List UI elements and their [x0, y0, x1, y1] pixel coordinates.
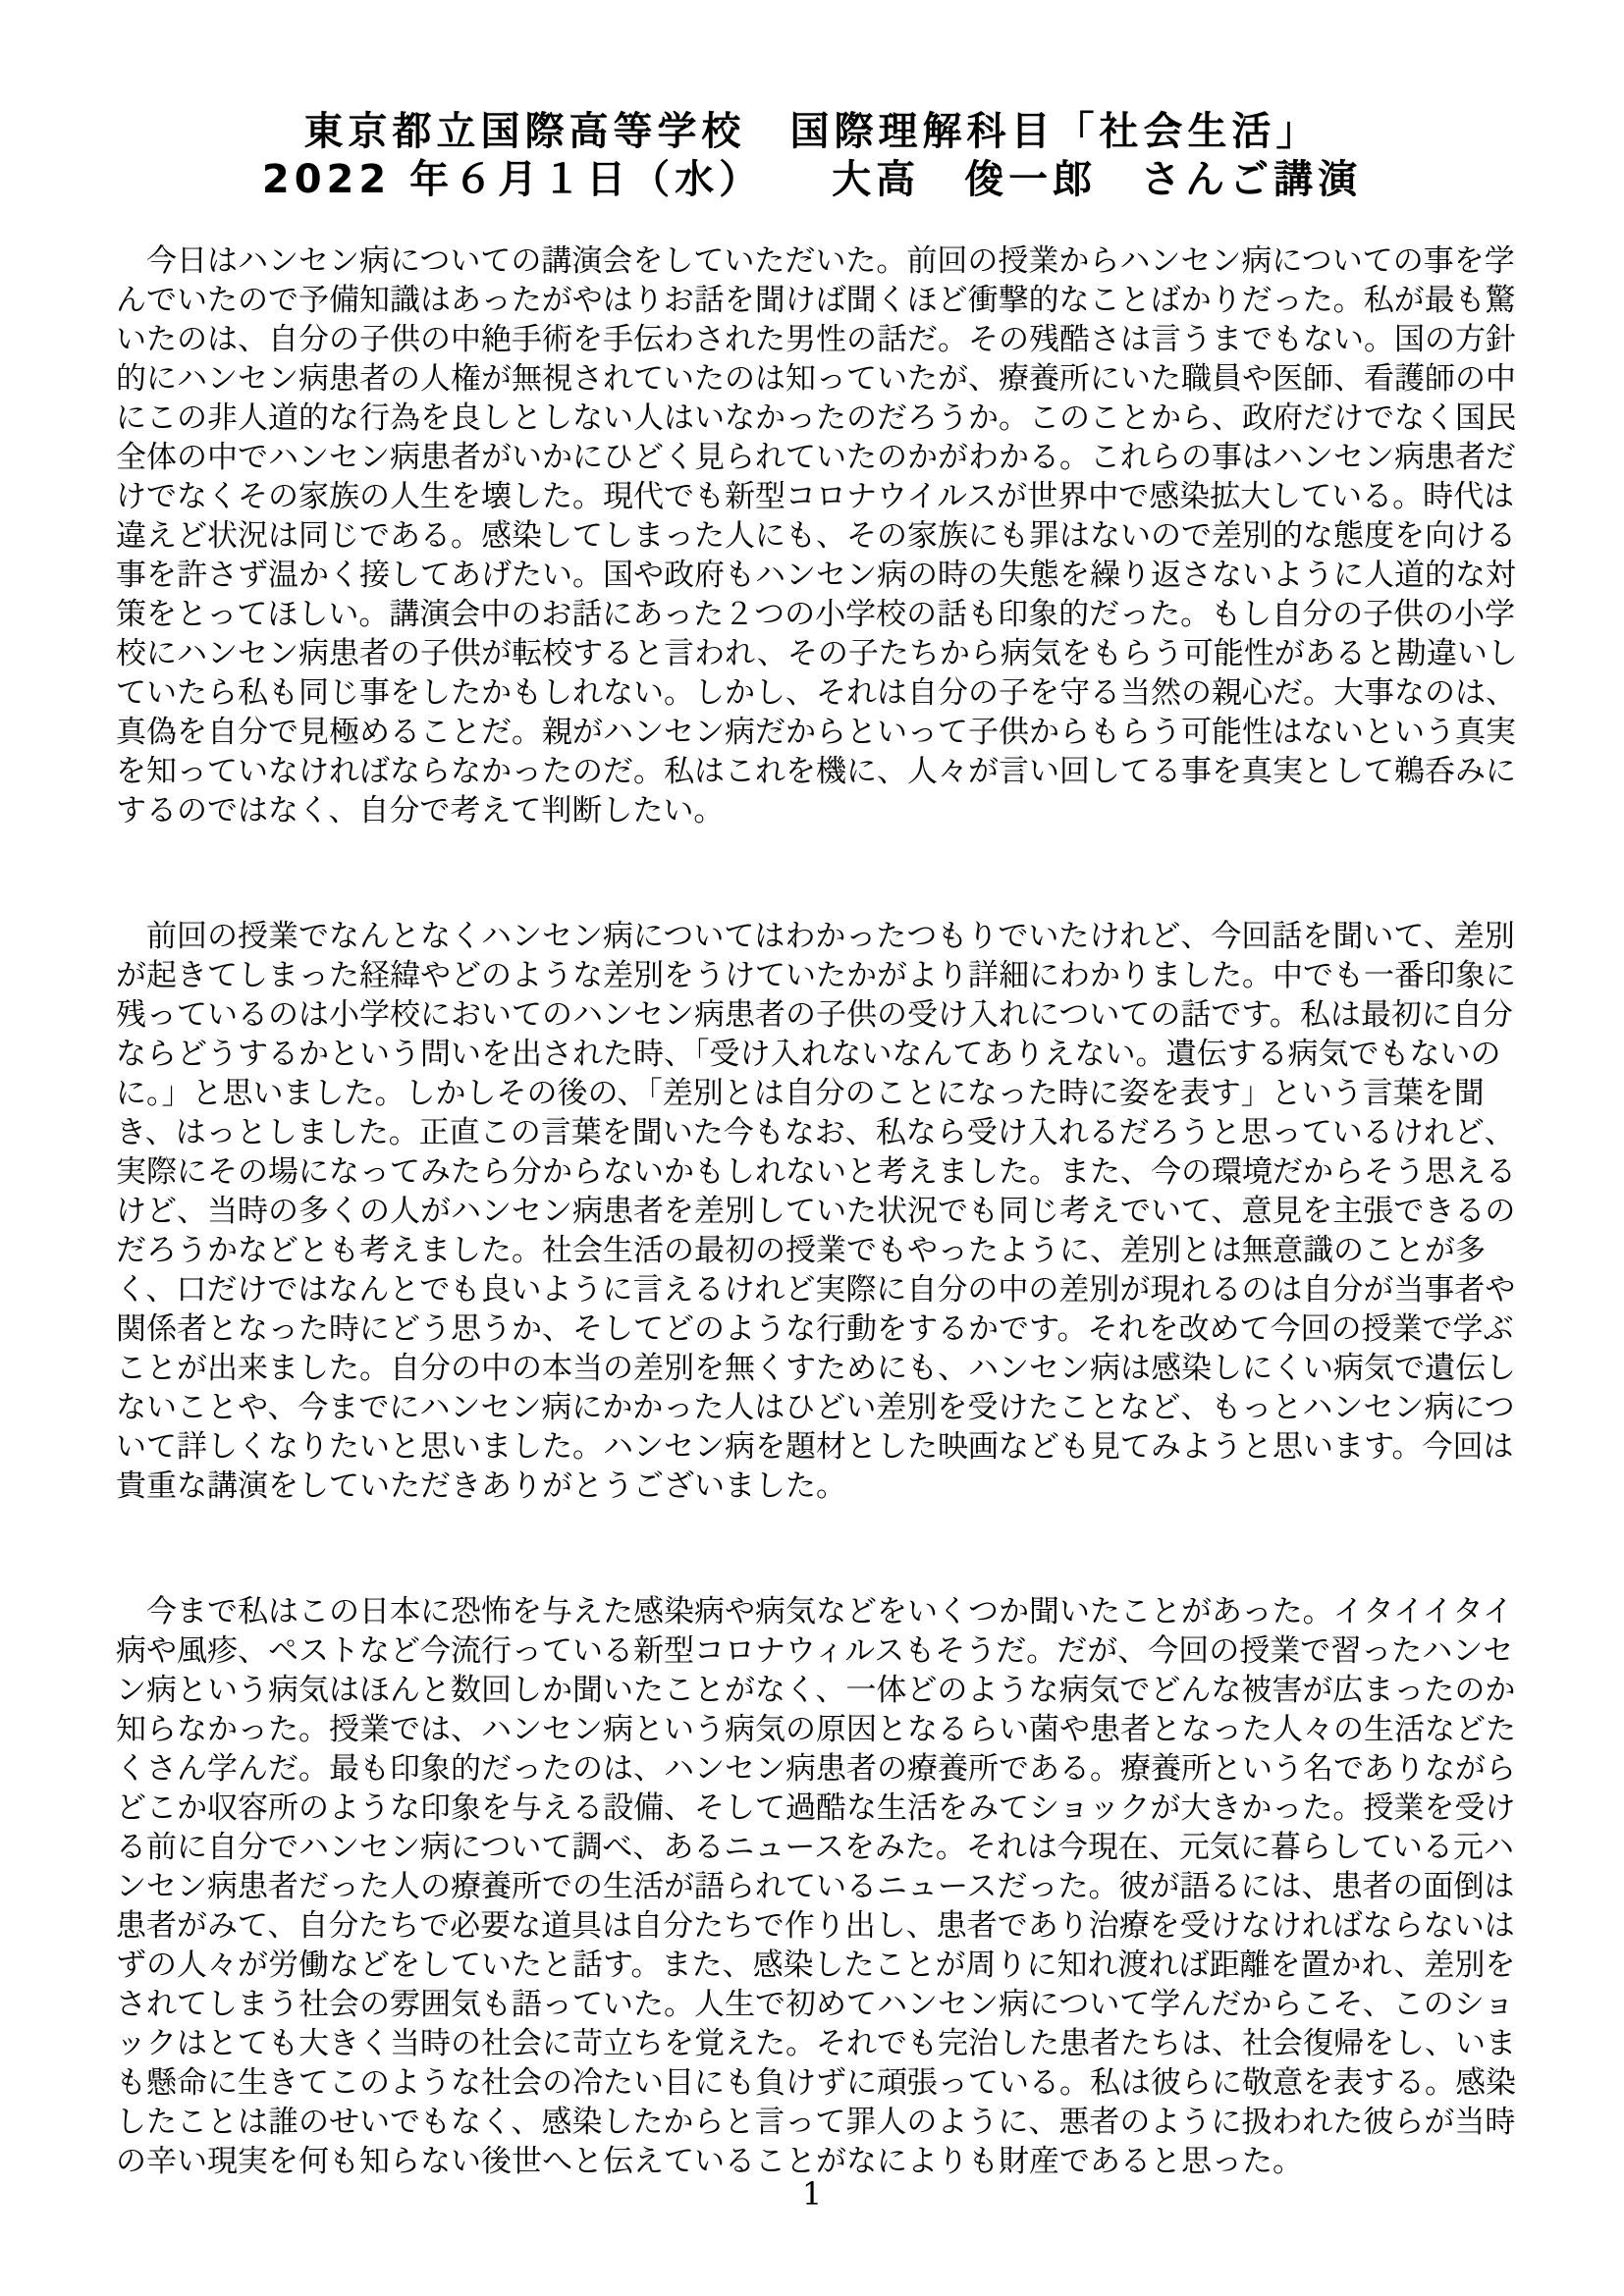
body-text-line: んでいたので予備知識はあったがやはりお話を聞けば聞くほど衝撃的なことばかりだった…	[116, 281, 1520, 320]
body-text-line: したことは誰のせいでもなく、感染したからと言って罪人のように、悪者のように扱われ…	[116, 2103, 1520, 2142]
body-text-line: 残っているのは小学校においてのハンセン病患者の子供の受け入れについての話です。私…	[116, 995, 1520, 1035]
body-text-line: だろうかなどとも考えました。社会生活の最初の授業でもやったように、差別とは無意識…	[116, 1231, 1520, 1270]
body-text-line: を知っていなければならなかったのだ。私はこれを機に、人々が言い回してる事を真実と…	[116, 752, 1520, 791]
body-text-line: が起きてしまった経緯やどのような差別をうけていたかがより詳細にわかりました。中で…	[116, 956, 1520, 995]
body-text-line: いて詳しくなりたいと思いました。ハンセン病を題材とした映画なども見てみようと思い…	[116, 1427, 1520, 1467]
body-text-line: 前回の授業でなんとなくハンセン病についてはわかったつもりでいたけれど、今回話を聞…	[116, 917, 1520, 956]
body-text-line: にこの非人道的な行為を良しとしない人はいなかったのだろうか。このことから、政府だ…	[116, 399, 1520, 438]
body-text-line: く、口だけではなんとでも良いように言えるけれど実際に自分の中の差別が現れるのは自…	[116, 1270, 1520, 1309]
body-text-line: 校にハンセン病患者の子供が転校すると言われ、その子たちから病気をもらう可能性があ…	[116, 634, 1520, 673]
body-text-line: 的にハンセン病患者の人権が無視されていたのは知っていたが、療養所にいた職員や医師…	[116, 359, 1520, 399]
body-text-line: に。」と思いました。しかしその後の、「差別とは自分のことになった時に姿を表す」と…	[116, 1074, 1520, 1113]
body-text-line: 違えど状況は同じである。感染してしまった人にも、その家族にも罪はないので差別的な…	[116, 516, 1520, 556]
body-text-line: けど、当時の多くの人がハンセン病患者を差別していた状況でも同じ考えでいて、意見を…	[116, 1192, 1520, 1231]
body-text-line: ていたら私も同じ事をしたかもしれない。しかし、それは自分の子を守る当然の親心だ。…	[116, 673, 1520, 713]
title-line-2: 2022 年６月１日（水） 大高 俊一郎 さんご講演	[0, 156, 1624, 204]
body-text-line: ックはとても大きく当時の社会に苛立ちを覚えた。それでも完治した患者たちは、社会復…	[116, 2024, 1520, 2063]
body-text-line: 全体の中でハンセン病患者がいかにひどく見られていたのかがわかる。これらの事はハン…	[116, 438, 1520, 477]
body-text-line: 策をとってほしい。講演会中のお話にあった２つの小学校の話も印象的だった。もし自分…	[116, 595, 1520, 634]
title-line-1: 東京都立国際高等学校 国際理解科目「社会生活」	[0, 108, 1624, 156]
body-text-line: ならどうするかという問いを出された時、「受け入れないなんてありえない。遺伝する病…	[116, 1035, 1520, 1074]
body-text-line: ずの人々が労働などをしていたと話す。また、感染したことが周りに知れ渡れば距離を置…	[116, 1946, 1520, 1985]
body-text-line: いたのは、自分の子供の中絶手術を手伝わされた男性の話だ。その残酷さは言うまでもな…	[116, 320, 1520, 359]
page-number: 1	[0, 2175, 1624, 2213]
document-page: 東京都立国際高等学校 国際理解科目「社会生活」 2022 年６月１日（水） 大高…	[0, 0, 1624, 2296]
body-text-line: ないことや、今までにハンセン病にかかった人はひどい差別を受けたことなど、もっとハ…	[116, 1388, 1520, 1427]
body-text-line: ンセン病患者だった人の療養所での生活が語られているニュースだった。彼が語るには、…	[116, 1867, 1520, 1906]
body-text-line: 病や風疹、ペストなど今流行っている新型コロナウィルスもそうだ。だが、今回の授業で…	[116, 1631, 1520, 1671]
body-text-line: 今日はハンセン病についての講演会をしていただいた。前回の授業からハンセン病につい…	[116, 241, 1520, 281]
body-text-line: どこか収容所のような印象を与える設備、そして過酷な生活をみてショックが大きかった…	[116, 1789, 1520, 1828]
body-text-line: するのではなく、自分で考えて判断したい。	[116, 791, 1520, 830]
paragraph-1: 今日はハンセン病についての講演会をしていただいた。前回の授業からハンセン病につい…	[116, 241, 1520, 830]
body-text-line: 知らなかった。授業では、ハンセン病という病気の原因となるらい菌や患者となった人々…	[116, 1710, 1520, 1749]
body-text-line: 関係者となった時にどう思うか、そしてどのような行動をするかです。それを改めて今回…	[116, 1309, 1520, 1349]
body-text-line: けでなくその家族の人生を壊した。現代でも新型コロナウイルスが世界中で感染拡大して…	[116, 477, 1520, 516]
body-text-line: る前に自分でハンセン病について調べ、あるニュースをみた。それは今現在、元気に暮ら…	[116, 1828, 1520, 1867]
body-text-line: ことが出来ました。自分の中の本当の差別を無くすためにも、ハンセン病は感染しにくい…	[116, 1349, 1520, 1388]
body-text-line: き、はっとしました。正直この言葉を聞いた今もなお、私なら受け入れるだろうと思って…	[116, 1113, 1520, 1152]
body-text-line: されてしまう社会の雰囲気も語っていた。人生で初めてハンセン病について学んだからこ…	[116, 1985, 1520, 2024]
body-text-line: ン病という病気はほんと数回しか聞いたことがなく、一体どのような病気でどんな被害が…	[116, 1671, 1520, 1710]
body-text-line: 貴重な講演をしていただきありがとうございました。	[116, 1467, 1520, 1506]
body-text-line: 真偽を自分で見極めることだ。親がハンセン病だからといって子供からもらう可能性はな…	[116, 713, 1520, 752]
document-title: 東京都立国際高等学校 国際理解科目「社会生活」 2022 年６月１日（水） 大高…	[0, 108, 1624, 204]
body-text-line: くさん学んだ。最も印象的だったのは、ハンセン病患者の療養所である。療養所という名…	[116, 1749, 1520, 1789]
body-text-line: 今まで私はこの日本に恐怖を与えた感染病や病気などをいくつか聞いたことがあった。イ…	[116, 1592, 1520, 1631]
paragraph-3: 今まで私はこの日本に恐怖を与えた感染病や病気などをいくつか聞いたことがあった。イ…	[116, 1592, 1520, 2181]
paragraph-2: 前回の授業でなんとなくハンセン病についてはわかったつもりでいたけれど、今回話を聞…	[116, 917, 1520, 1506]
body-text-line: も懸命に生きてこのような社会の冷たい目にも負けずに頑張っている。私は彼らに敬意を…	[116, 2063, 1520, 2103]
body-text-line: 患者がみて、自分たちで必要な道具は自分たちで作り出し、患者であり治療を受けなけれ…	[116, 1906, 1520, 1946]
body-text-line: 実際にその場になってみたら分からないかもしれないと考えました。また、今の環境だか…	[116, 1152, 1520, 1192]
body-text-line: 事を許さず温かく接してあげたい。国や政府もハンセン病の時の失態を繰り返さないよう…	[116, 556, 1520, 595]
